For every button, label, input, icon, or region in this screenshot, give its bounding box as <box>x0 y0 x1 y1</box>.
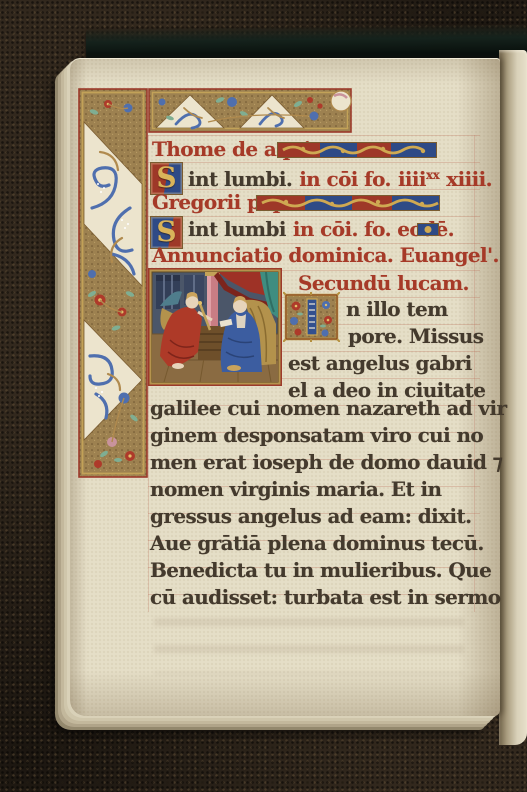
entry-text-black: int lumbi <box>188 217 286 241</box>
gospel-text-line: gressus angelus ad eam: dixit. <box>150 503 472 529</box>
gospel-text-line: nomen virginis maria. Et in <box>150 476 442 502</box>
folio-number: iiiixxxiiii. <box>398 167 492 191</box>
line-filler-ornament-icon <box>277 142 437 158</box>
gospel-text-line: Aue grātiā plena dominus tecū. <box>150 530 484 556</box>
decorated-initial-i-icon <box>283 292 340 342</box>
gospel-text-line: Benedicta tu in mulieribus. Que <box>150 557 491 583</box>
gospel-text-line: galilee cui nomen nazareth ad vir <box>150 395 506 421</box>
line-filler-ornament-icon <box>256 195 440 211</box>
rubric-annunciatio: Annunciatio dominica. Euangel'. <box>152 242 499 268</box>
photo-background: Thome de aquino. S int lumbi.in cōi fo.i… <box>0 0 527 792</box>
entry-sint-lumbi-1: int lumbi.in cōi fo.iiiixxxiiii. <box>188 162 492 192</box>
gospel-text-line: n illo tem <box>346 296 448 322</box>
gospel-text-line: est angelus gabri <box>288 350 472 376</box>
gospel-text-line: pore. Missus <box>348 323 483 349</box>
entry-sint-lumbi-2: int lumbiin cōi. fo. eodē. <box>188 216 454 242</box>
gospel-text-line: cū audisset: turbata est in sermo <box>150 584 501 610</box>
show-through-text <box>154 618 464 674</box>
gospel-text-line: men erat ioseph de domo dauid ⁊ <box>150 449 502 475</box>
gospel-text-line: ginem desponsatam viro cui no <box>150 422 483 448</box>
illuminated-border-top-icon <box>148 88 352 133</box>
entry-text-red: in cōi fo. <box>299 167 391 191</box>
entry-text-black: int lumbi. <box>188 167 292 191</box>
small-line-filler-icon <box>417 223 439 236</box>
illuminated-border-left-icon <box>78 88 148 478</box>
annunciation-miniature <box>148 268 282 386</box>
manuscript-page: Thome de aquino. S int lumbi.in cōi fo.i… <box>70 58 500 716</box>
